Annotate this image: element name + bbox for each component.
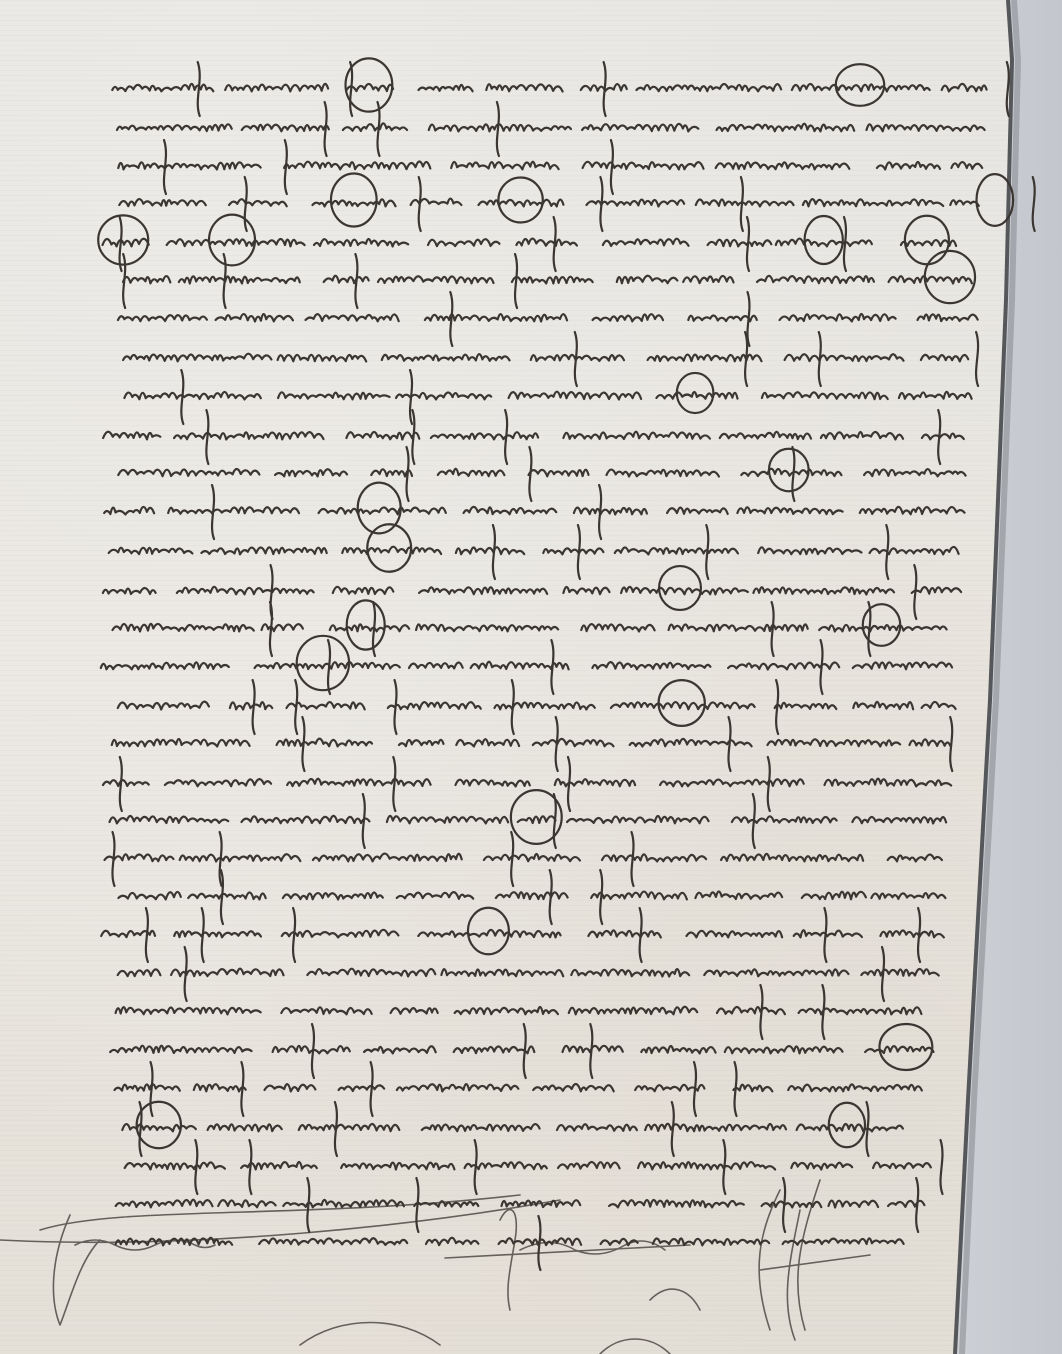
signature-block bbox=[0, 1180, 870, 1354]
handwriting-ink bbox=[0, 0, 1062, 1354]
